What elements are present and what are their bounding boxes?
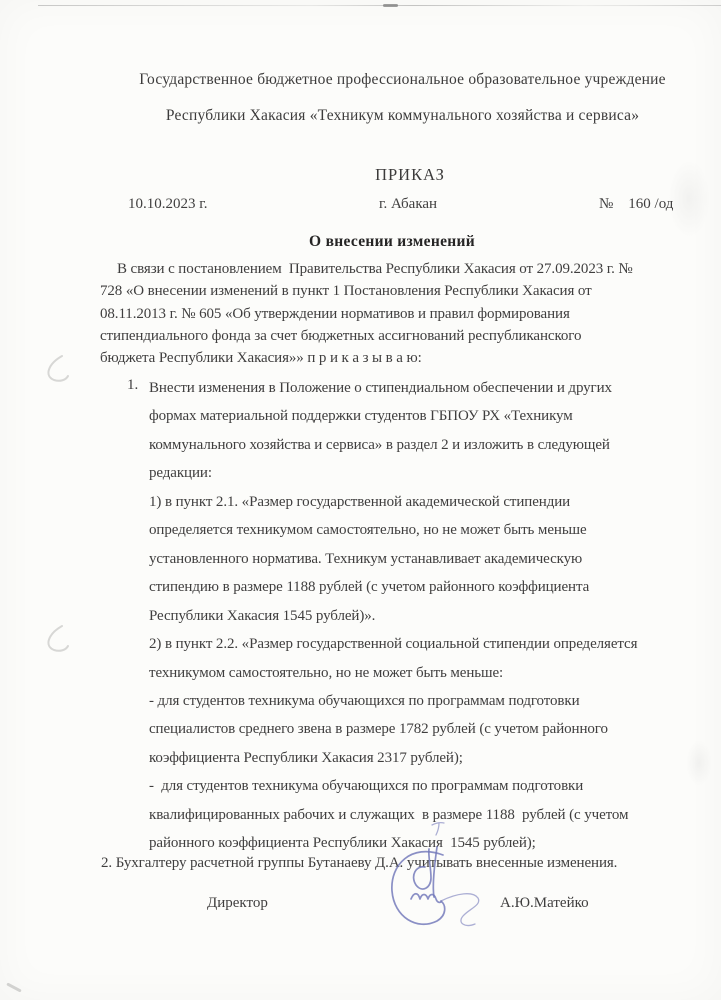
scan-corner-mark [6,982,22,992]
order-text-line: формах материальной поддержки студентов … [149,402,709,430]
org-name-line1: Государственное бюджетное профессиональн… [90,71,715,89]
list-item-2-text: 2. Бухгалтеру расчетной группы Бутанаеву… [101,855,617,872]
scanned-order-page: Государственное бюджетное профессиональн… [0,0,721,1000]
order-text-line: Республики Хакасия 1545 рублей)». [149,602,709,630]
order-text-line: специалистов среднего звена в размере 17… [149,715,709,743]
preamble-line: стипендиального фонда за счет бюджетных … [100,325,700,347]
order-text-line: - для студентов техникума обучающихся по… [149,687,709,715]
order-text-line: редакции: [149,459,709,487]
scan-curl-artifact-top [32,350,74,390]
order-text-line: определяется техникумом самостоятельно, … [149,516,709,544]
preamble-line: В связи с постановлением Правительства Р… [100,258,700,280]
order-subject-heading: О внесении изменений [97,233,687,251]
order-text-line: коммунального хозяйства и сервиса» в раз… [149,431,709,459]
order-text-line: установленного норматива. Техникум устан… [149,545,709,573]
order-place: г. Абакан [379,196,437,213]
order-number: № 160 /од [599,196,673,213]
order-text-line: техникумом самостоятельно, но не может б… [149,659,709,687]
scan-curl-artifact-bottom [32,620,74,660]
order-text-line: 2) в пункт 2.2. «Размер государственной … [149,630,709,658]
signature-pen-tick [430,820,448,838]
org-name-line2: Республики Хакасия «Техникум коммунально… [90,107,715,125]
order-text-line: квалифицированных рабочих и служащих в р… [149,801,709,829]
order-text-line: 1) в пункт 2.1. «Размер государственной … [149,488,709,516]
preamble-line: 08.11.2013 г. № 605 «Об утверждении норм… [100,303,700,325]
preamble-line: бюджета Республики Хакасия»» п р и к а з… [100,347,700,369]
scan-edge-dark-dash [383,4,398,7]
document-type-title: ПРИКАЗ [100,165,720,185]
scan-edge-line [38,5,721,6]
order-text-line: Внести изменения в Положение о стипендиа… [149,374,709,402]
order-date: 10.10.2023 г. [128,196,207,213]
list-item-1-marker: 1. [127,377,138,394]
list-item-1-body: Внести изменения в Положение о стипендиа… [149,374,709,858]
order-text-line: коэффициента Республики Хакасия 2317 руб… [149,744,709,772]
signer-role-label: Директор [207,895,268,912]
signer-name: А.Ю.Матейко [500,895,589,912]
signature-autograph [383,843,488,933]
preamble-paragraph: В связи с постановлением Правительства Р… [100,258,700,369]
preamble-line: 728 «О внесении изменений в пункт 1 Пост… [100,280,700,302]
order-text-line: - для студентов техникума обучающихся по… [149,772,709,800]
order-text-line: стипендию в размере 1188 рублей (с учето… [149,573,709,601]
